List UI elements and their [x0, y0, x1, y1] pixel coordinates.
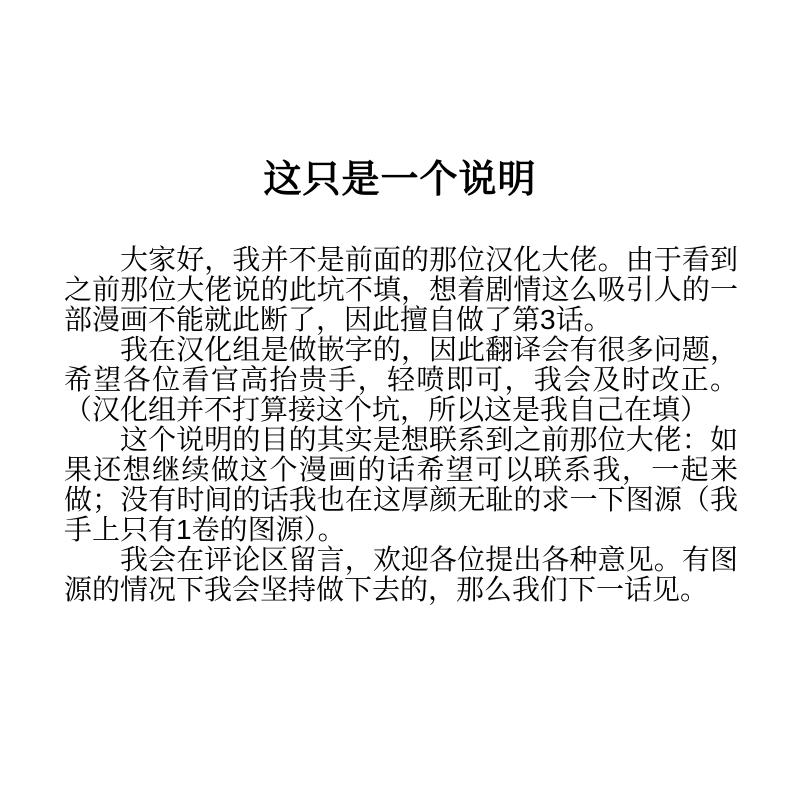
paragraph-translation-apology: 我在汉化组是做嵌字的，因此翻译会有很多问题，希望各位看官高抬贵手，轻喷即可，我会…	[64, 335, 738, 425]
paragraph-closing: 我会在评论区留言，欢迎各位提出各种意见。有图源的情况下我会坚持做下去的，那么我们…	[64, 545, 738, 605]
notice-body: 大家好，我并不是前面的那位汉化大佬。由于看到之前那位大佬说的此坑不填，想着剧情这…	[64, 245, 738, 605]
paragraph-intro: 大家好，我并不是前面的那位汉化大佬。由于看到之前那位大佬说的此坑不填，想着剧情这…	[64, 245, 738, 335]
notice-page: 这只是一个说明 大家好，我并不是前面的那位汉化大佬。由于看到之前那位大佬说的此坑…	[0, 0, 800, 800]
page-title: 这只是一个说明	[0, 0, 800, 202]
paragraph-contact-request: 这个说明的目的其实是想联系到之前那位大佬：如果还想继续做这个漫画的话希望可以联系…	[64, 425, 738, 545]
